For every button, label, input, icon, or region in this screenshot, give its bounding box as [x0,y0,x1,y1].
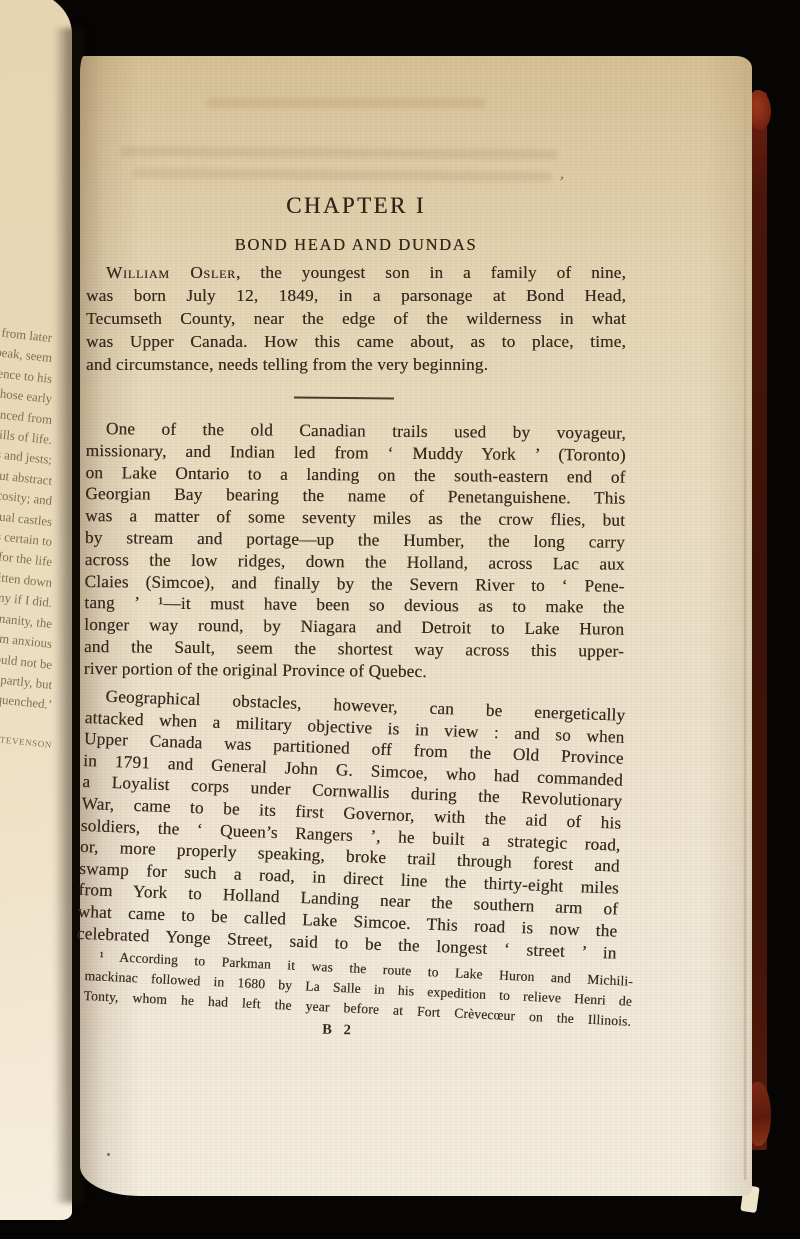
chapter-title: CHAPTER I [86,193,626,219]
section-divider-rule [294,396,394,399]
book-page: CHAPTER I BOND HEAD AND DUNDAS William O… [80,56,752,1196]
chapter-subtitle: BOND HEAD AND DUNDAS [86,235,626,255]
paragraph-3: Geographical obstacles, however, can be … [77,685,626,964]
text-line: Tecumseth County, near the edge of the w… [86,307,626,330]
text-line: William Osler, the youngest son in a fam… [86,261,626,284]
text-line: and circumstance, needs telling from the… [86,353,626,376]
paragraph-1: William Osler, the youngest son in a fam… [86,261,626,376]
paper-speck [107,1153,110,1156]
text-line: out him from later [0,295,53,349]
show-through-ghost-line [206,98,486,108]
page-content: CHAPTER I BOND HEAD AND DUNDAS William O… [86,56,634,1196]
text-line: was Upper Canada. How this came about, a… [86,330,626,353]
page-edge-crease [744,68,746,1180]
paragraph-2: One of the old Canadian trails used by v… [84,418,626,684]
person-name-small-caps: William Osler [106,263,236,282]
paragraph-1-lines: was born July 12, 1849, in a parsonage a… [86,284,626,376]
show-through-ghost-line [132,168,552,182]
book-cover-edge [750,92,767,1150]
show-through-ghost-line [120,146,558,159]
facing-page-text-fragments: out him from laterich I speak, seemromin… [0,328,52,754]
first-line-rest: , the youngest son in a family of nine, [236,263,626,282]
stray-ink-mark: ’ [556,174,566,193]
open-book-photo: out him from laterich I speak, seemromin… [0,0,800,1239]
text-line: was born July 12, 1849, in a parsonage a… [86,284,626,307]
